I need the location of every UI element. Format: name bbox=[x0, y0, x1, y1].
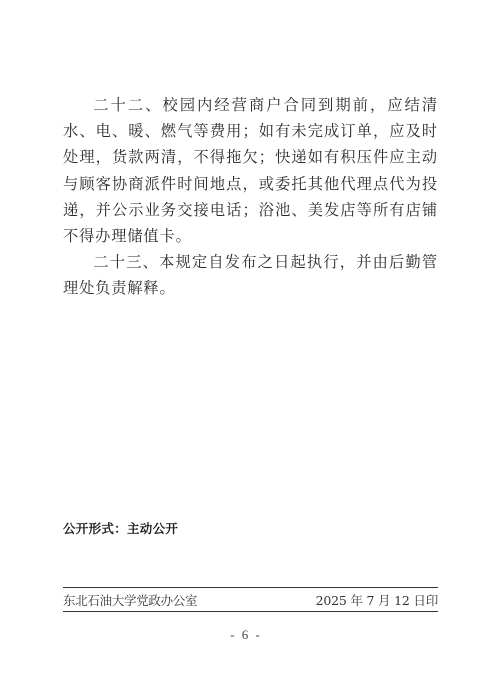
page-number: - 6 - bbox=[0, 627, 492, 643]
print-date: 2025 年 7 月 12 日印 bbox=[316, 591, 438, 609]
issuer-office: 东北石油大学党政办公室 bbox=[63, 591, 197, 609]
article-23-paragraph: 二十三、本规定自发布之日起执行，并由后勤管理处负责解释。 bbox=[63, 249, 438, 301]
print-footer: 东北石油大学党政办公室 2025 年 7 月 12 日印 bbox=[63, 590, 438, 610]
footer-top-rule bbox=[63, 587, 438, 588]
document-body: 二十二、校园内经营商户合同到期前，应结清水、电、暖、燃气等费用；如有未完成订单，… bbox=[63, 92, 438, 302]
document-page: 二十二、校园内经营商户合同到期前，应结清水、电、暖、燃气等费用；如有未完成订单，… bbox=[0, 0, 492, 700]
footer-bottom-rule bbox=[63, 611, 438, 612]
disclosure-type: 公开形式：主动公开 bbox=[63, 519, 178, 537]
article-22-paragraph: 二十二、校园内经营商户合同到期前，应结清水、电、暖、燃气等费用；如有未完成订单，… bbox=[63, 92, 438, 249]
